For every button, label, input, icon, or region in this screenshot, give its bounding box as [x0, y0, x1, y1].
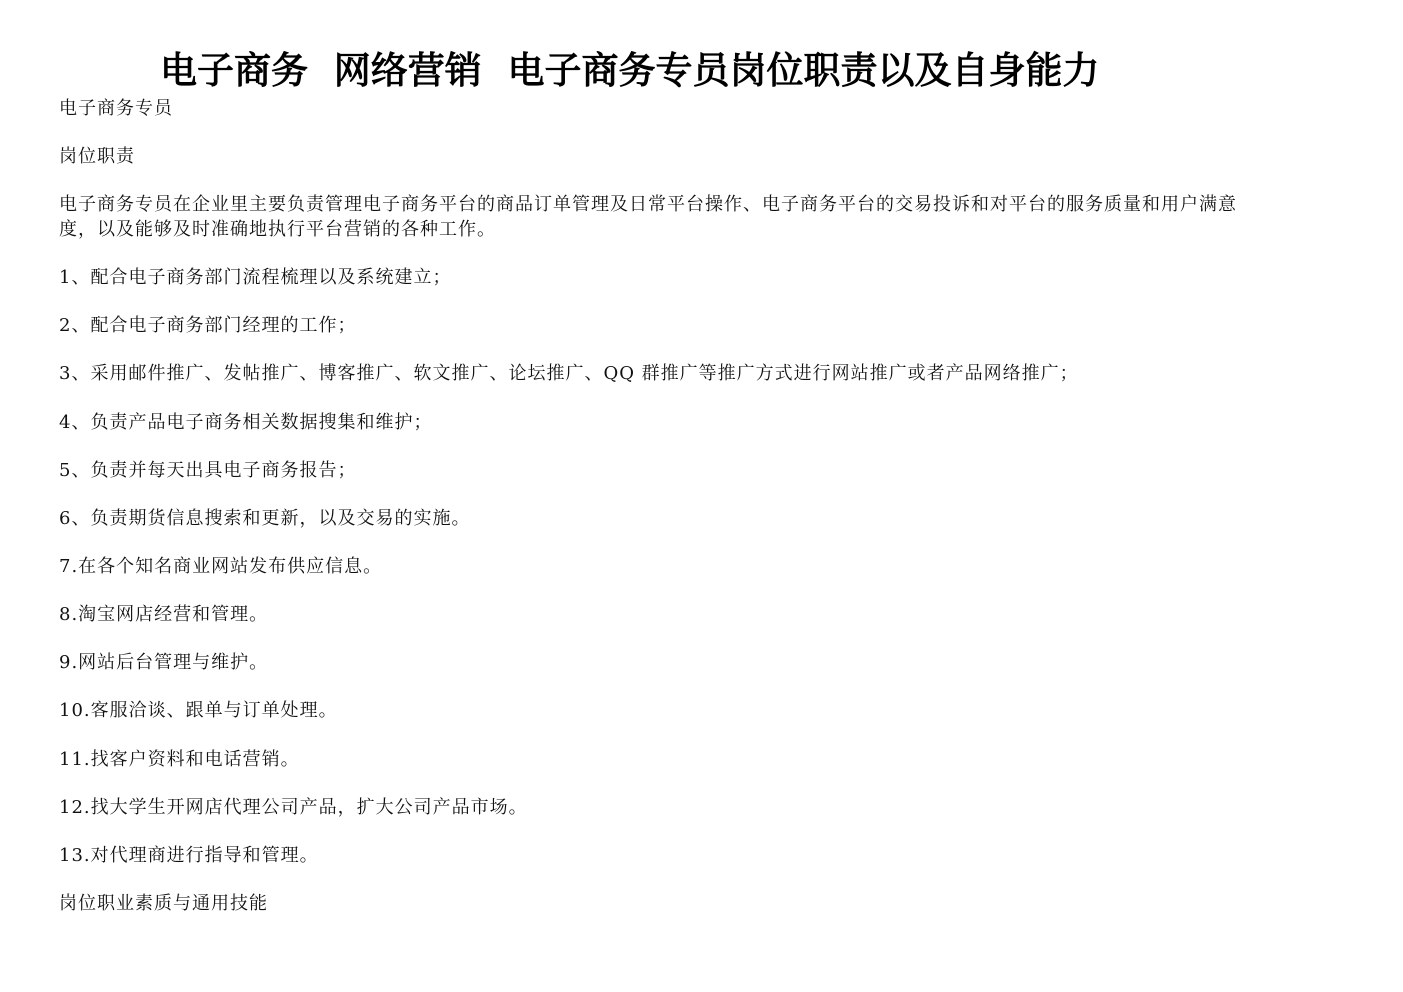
- intro-paragraph-line-2: 度，以及能够及时准确地执行平台营销的各种工作。: [59, 218, 496, 242]
- heading-role: 电子商务专员: [59, 97, 173, 121]
- duty-item-10: 10.客服洽谈、跟单与订单处理。: [59, 699, 338, 723]
- duty-item-7: 7.在各个知名商业网站发布供应信息。: [59, 555, 382, 579]
- duty-item-2: 2、配合电子商务部门经理的工作；: [59, 314, 356, 338]
- duty-item-12: 12.找大学生开网店代理公司产品，扩大公司产品市场。: [59, 796, 528, 820]
- heading-qualities: 岗位职业素质与通用技能: [59, 892, 268, 916]
- duty-item-4: 4、负责产品电子商务相关数据搜集和维护；: [59, 411, 432, 435]
- duty-item-1: 1、配合电子商务部门流程梳理以及系统建立；: [59, 266, 451, 290]
- duty-item-13: 13.对代理商进行指导和管理。: [59, 844, 319, 868]
- duty-item-9: 9.网站后台管理与维护。: [59, 651, 268, 675]
- duty-item-11: 11.找客户资料和电话营销。: [59, 748, 300, 772]
- intro-paragraph-line-1: 电子商务专员在企业里主要负责管理电子商务平台的商品订单管理及日常平台操作、电子商…: [59, 193, 1237, 217]
- duty-item-6: 6、负责期货信息搜索和更新，以及交易的实施。: [59, 507, 470, 531]
- heading-duties: 岗位职责: [59, 145, 135, 169]
- document-page: 电子商务 网络营销 电子商务专员岗位职责以及自身能力 电子商务专员 岗位职责 电…: [0, 0, 1403, 992]
- duty-item-8: 8.淘宝网店经营和管理。: [59, 603, 268, 627]
- document-title: 电子商务 网络营销 电子商务专员岗位职责以及自身能力: [160, 46, 1260, 94]
- duty-item-3: 3、采用邮件推广、发帖推广、博客推广、软文推广、论坛推广、QQ 群推广等推广方式…: [59, 362, 1079, 386]
- duty-item-5: 5、负责并每天出具电子商务报告；: [59, 459, 356, 483]
